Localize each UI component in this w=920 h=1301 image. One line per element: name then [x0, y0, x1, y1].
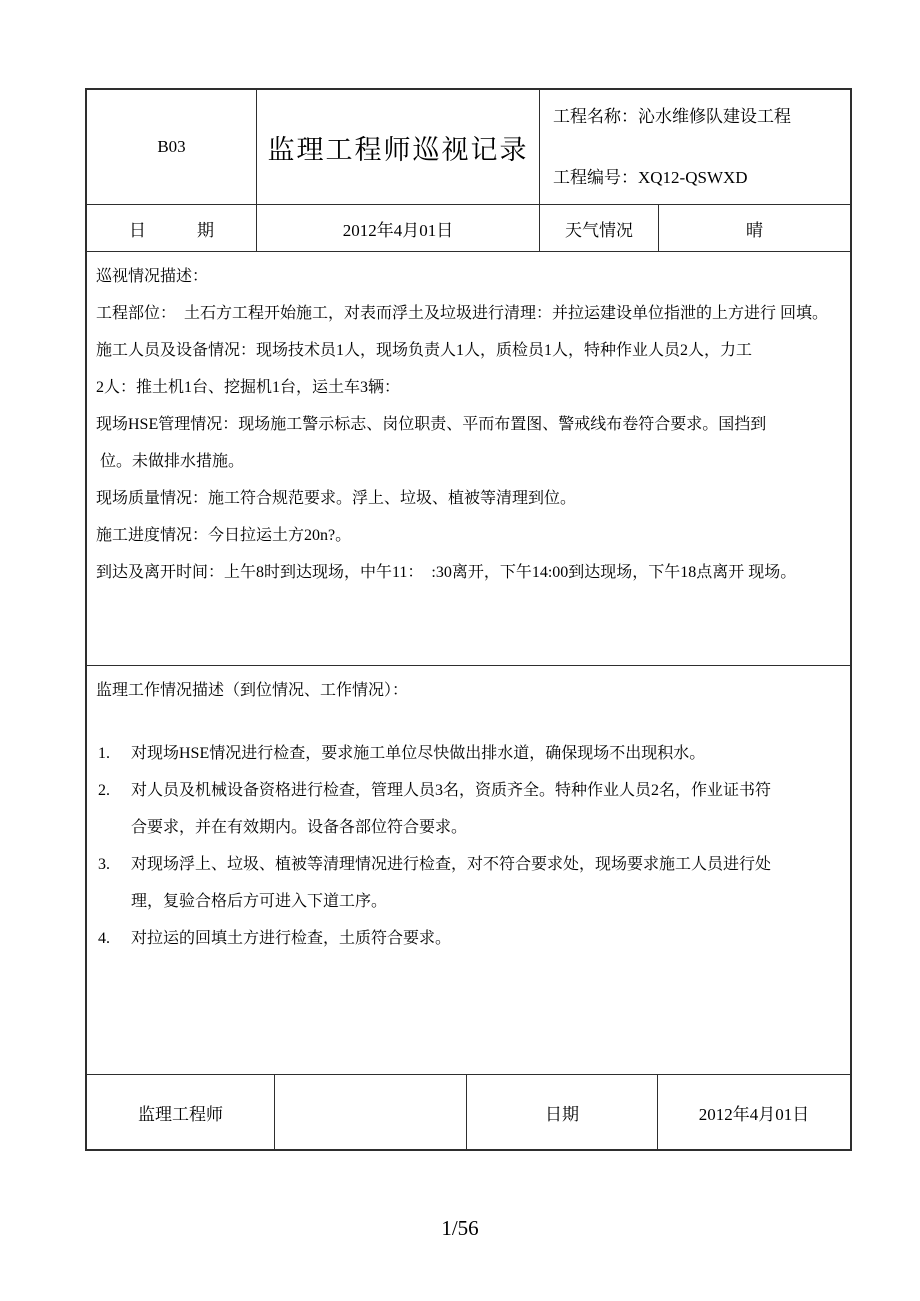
patrol-paragraph: 施工人员及设备情况：现场技术员1人，现场负责人1人，质检员1人，特种作业人员2人… [96, 332, 841, 406]
footer-date-value-cell: 2012年4月01日 [658, 1075, 850, 1149]
supervision-heading: 监理工作情况描述（到位情况、工作情况）： [96, 672, 841, 709]
supervision-item: 2. 对人员及机械设备资格进行检查，管理人员3名，资质齐全。特种作业人员2名，作… [96, 772, 841, 846]
signature-row: 监理工程师 日期 2012年4月01日 [87, 1075, 850, 1149]
project-name: 工程名称：沁水维修队建设工程 [553, 102, 844, 127]
supervision-item-list: 1. 对现场HSE情况进行检查，要求施工单位尽快做出排水道，确保现场不出现积水。… [96, 735, 841, 957]
item-text: 对现场HSE情况进行检查，要求施工单位尽快做出排水道，确保现场不出现积水。 [131, 735, 841, 772]
weather-label-cell: 天气情况 [540, 205, 659, 251]
item-number: 1. [98, 735, 131, 772]
item-number: 2. [98, 772, 131, 846]
supervision-item: 1. 对现场HSE情况进行检查，要求施工单位尽快做出排水道，确保现场不出现积水。 [96, 735, 841, 772]
header-row: B03 监理工程师巡视记录 工程名称：沁水维修队建设工程 工程编号：XQ12-Q… [87, 90, 850, 205]
signature-cell [275, 1075, 467, 1149]
inspection-record-table: B03 监理工程师巡视记录 工程名称：沁水维修队建设工程 工程编号：XQ12-Q… [85, 88, 852, 1151]
date-value-cell: 2012年4月01日 [257, 205, 540, 251]
patrol-paragraph: 工程部位： 土石方工程开始施工，对表而浮土及垃圾进行清理：并拉运建设单位指泄的上… [96, 295, 841, 332]
form-code: B03 [87, 90, 257, 204]
supervision-section: 监理工作情况描述（到位情况、工作情况）： 1. 对现场HSE情况进行检查，要求施… [87, 666, 850, 1075]
supervision-item: 4. 对拉运的回填土方进行检查，土质符合要求。 [96, 920, 841, 957]
patrol-paragraph: 现场HSE管理情况：现场施工警示标志、岗位职责、平而布置图、警戒线布卷符合要求。… [96, 406, 841, 480]
patrol-paragraph: 现场质量情况：施工符合规范要求。浮上、垃圾、植被等清理到位。 [96, 480, 841, 517]
footer-date-label-cell: 日期 [467, 1075, 658, 1149]
project-code: 工程编号：XQ12-QSWXD [553, 163, 844, 188]
date-weather-row: 日 期 2012年4月01日 天气情况 晴 [87, 205, 850, 252]
project-info-cell: 工程名称：沁水维修队建设工程 工程编号：XQ12-QSWXD [540, 90, 850, 204]
weather-value-cell: 晴 [659, 205, 850, 251]
item-number: 4. [98, 920, 131, 957]
item-number: 3. [98, 846, 131, 920]
document-title: 监理工程师巡视记录 [257, 90, 540, 204]
item-text: 对人员及机械设备资格进行检查，管理人员3名，资质齐全。特种作业人员2名，作业证书… [131, 772, 841, 846]
patrol-heading: 巡视情况描述： [96, 258, 841, 295]
item-text: 对拉运的回填土方进行检查，土质符合要求。 [131, 920, 841, 957]
patrol-paragraph: 施工进度情况：今日拉运土方20n?。 [96, 517, 841, 554]
page-number: 1/56 [0, 1216, 920, 1241]
patrol-section: 巡视情况描述： 工程部位： 土石方工程开始施工，对表而浮土及垃圾进行清理：并拉运… [87, 252, 850, 666]
patrol-paragraph: 到达及离开时间：上午8时到达现场，中午11： :30离开，下午14:00到达现场… [96, 554, 841, 591]
engineer-label-cell: 监理工程师 [87, 1075, 275, 1149]
item-text: 对现场浮上、垃圾、植被等清理情况进行检查，对不符合要求处，现场要求施工人员进行处… [131, 846, 841, 920]
document-page: B03 监理工程师巡视记录 工程名称：沁水维修队建设工程 工程编号：XQ12-Q… [0, 0, 920, 1301]
date-label-cell: 日 期 [87, 205, 257, 251]
supervision-item: 3. 对现场浮上、垃圾、植被等清理情况进行检查，对不符合要求处，现场要求施工人员… [96, 846, 841, 920]
